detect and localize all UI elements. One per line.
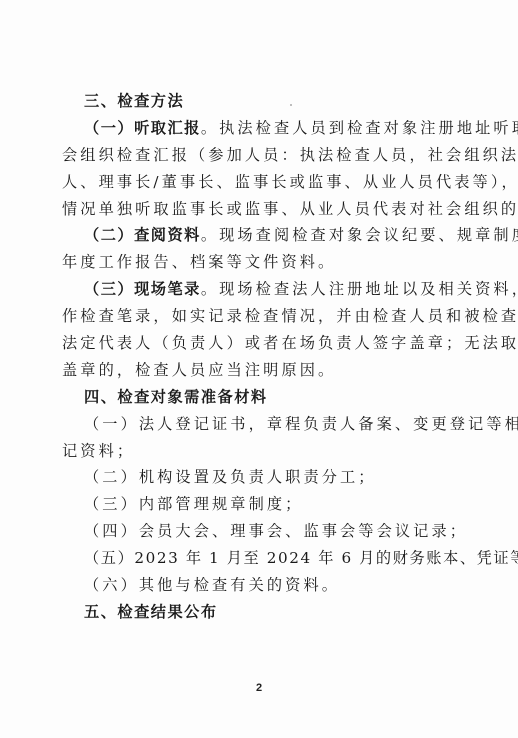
document-page: 三、检查方法 （一）听取汇报。执法检查人员到检查对象注册地址听取社 会组织检查汇… <box>0 0 518 738</box>
list-item-6: （六）其他与检查有关的资料。 <box>62 572 456 599</box>
paragraph-onsite-record-line-1: （三）现场笔录。现场检查法人注册地址以及相关资料，制 <box>62 276 456 303</box>
paragraph-text: 。现场检查法人注册地址以及相关资料，制 <box>201 280 518 298</box>
paragraph-listen-report-line-2: 会组织检查汇报（参加人员：执法检查人员，社会组织法定代表 <box>62 142 456 169</box>
paragraph-lead-listen-report: （一）听取汇报 <box>84 119 201 137</box>
list-item-4: （四）会员大会、理事会、监事会等会议记录； <box>62 518 456 545</box>
section-heading-materials-to-prepare: 四、检查对象需准备材料 <box>62 384 456 411</box>
paragraph-lead-review-materials: （二）查阅资料 <box>84 226 201 244</box>
paragraph-listen-report-line-3: 人、理事长/董事长、监事长或监事、从业人员代表等），并视 <box>62 169 456 196</box>
paragraph-text: 。现场查阅检查对象会议纪要、规章制度、 <box>201 226 518 244</box>
list-item-2: （二）机构设置及负责人职责分工； <box>62 464 456 491</box>
paragraph-review-materials-line-1: （二）查阅资料。现场查阅检查对象会议纪要、规章制度、 <box>62 222 456 249</box>
page-number: 2 <box>0 682 518 694</box>
list-item-1-line-2: 记资料； <box>62 438 456 465</box>
paragraph-review-materials-line-2: 年度工作报告、档案等文件资料。 <box>62 249 456 276</box>
paragraph-onsite-record-line-3: 法定代表人（负责人）或者在场负责人签字盖章；无法取得签字 <box>62 330 456 357</box>
list-item-1-line-1: （一）法人登记证书，章程负责人备案、变更登记等相关登 <box>62 411 456 438</box>
paragraph-listen-report-line-4: 情况单独听取监事长或监事、从业人员代表对社会组织的意见。 <box>62 196 456 223</box>
list-item-5: （五）2023 年 1 月至 2024 年 6 月的财务账本、凭证等； <box>62 545 456 572</box>
section-heading-inspection-method: 三、检查方法 <box>62 88 456 115</box>
paragraph-onsite-record-line-4: 盖章的，检查人员应当注明原因。 <box>62 357 456 384</box>
list-item-3: （三）内部管理规章制度； <box>62 491 456 518</box>
paragraph-text: 。执法检查人员到检查对象注册地址听取社 <box>201 119 518 137</box>
document-body: 三、检查方法 （一）听取汇报。执法检查人员到检查对象注册地址听取社 会组织检查汇… <box>62 88 456 626</box>
paragraph-listen-report-line-1: （一）听取汇报。执法检查人员到检查对象注册地址听取社 <box>62 115 456 142</box>
section-heading-results-publication: 五、检查结果公布 <box>62 599 456 626</box>
paragraph-lead-onsite-record: （三）现场笔录 <box>84 280 201 298</box>
paragraph-onsite-record-line-2: 作检查笔录，如实记录检查情况，并由检查人员和被检查对象的 <box>62 303 456 330</box>
